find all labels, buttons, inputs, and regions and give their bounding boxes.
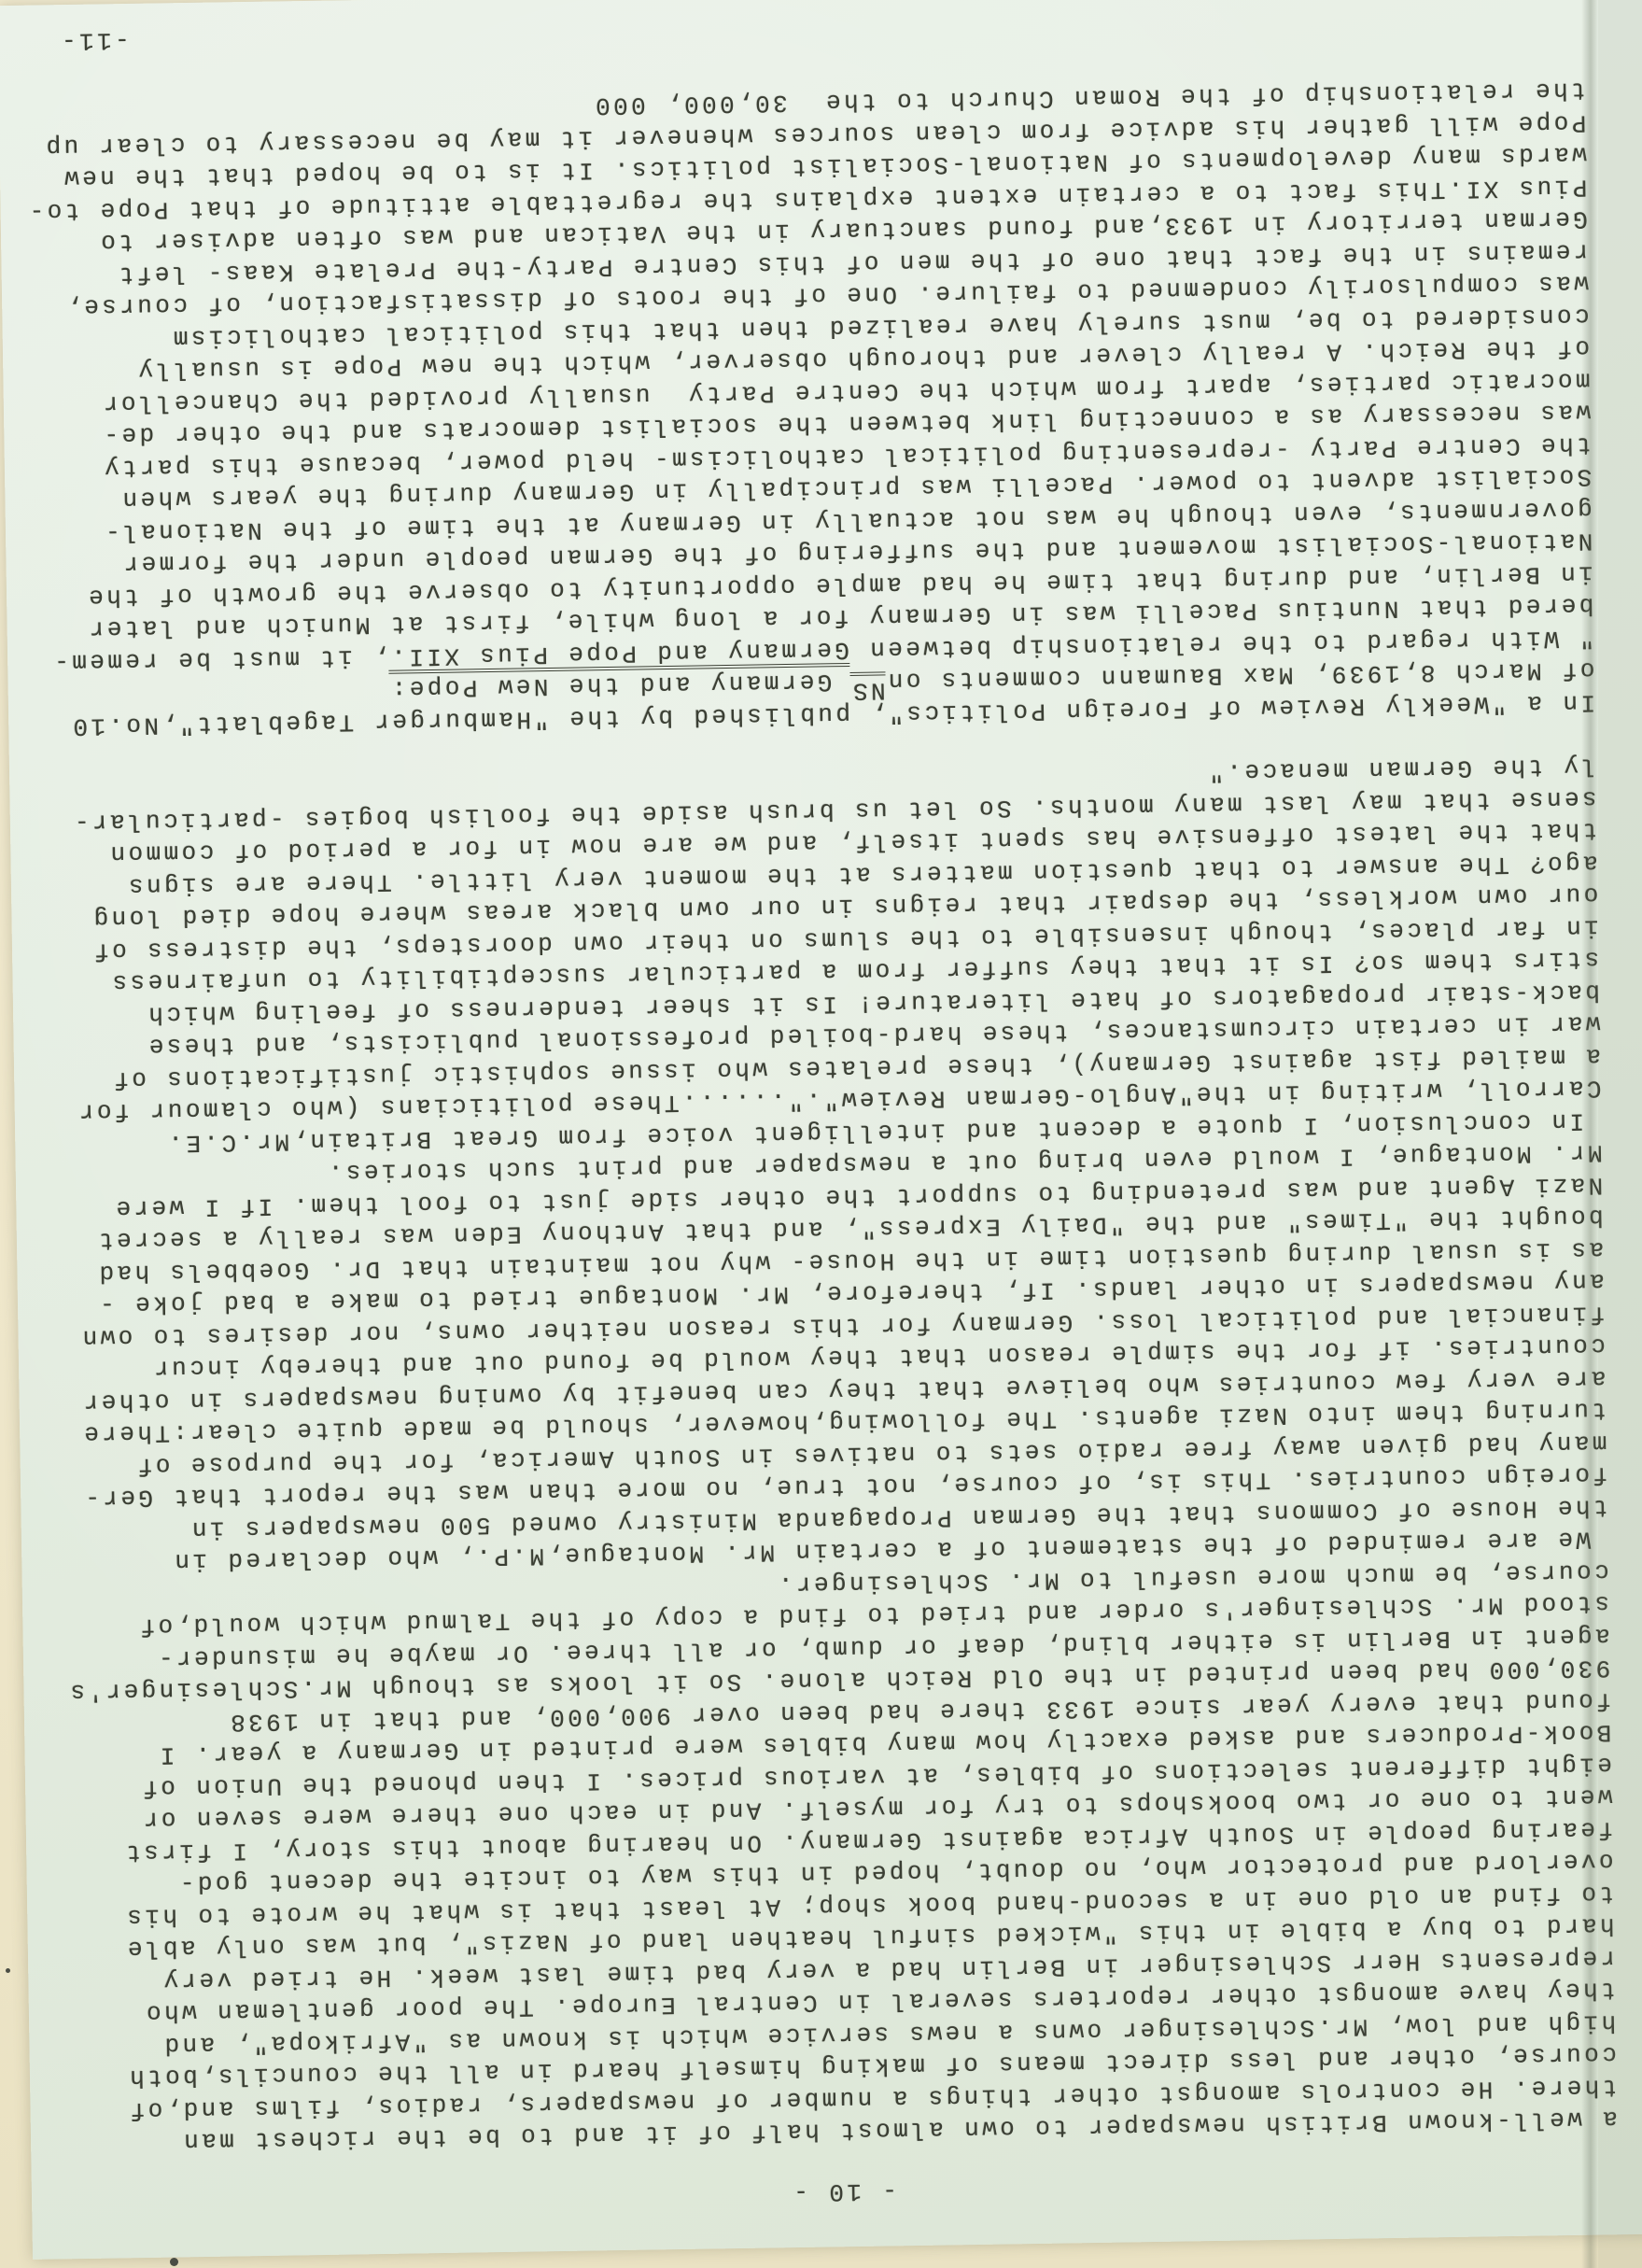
next-page-number: -11- [35, 1, 1584, 58]
upside-down-page-content: - 10 - a well-known British newspaper to… [0, 0, 1642, 2260]
scanned-document-page: - 10 - a well-known British newspaper to… [0, 0, 1642, 2268]
superscript-text: NS [849, 672, 886, 706]
text-body: a well-known British newspaper to own al… [36, 74, 1618, 2159]
page-number: - 10 - [69, 2163, 1619, 2220]
paragraph: a well-known British newspaper to own al… [60, 1556, 1619, 2160]
ink-speck [6, 1968, 10, 1973]
paper-sheet: - 10 - a well-known British newspaper to… [0, 0, 1642, 2260]
paper-edge-shading [1598, 0, 1642, 2268]
paragraph: We are reminded of the statement of a ce… [53, 1136, 1609, 1580]
ink-speck [170, 2258, 178, 2266]
fold-crease [1581, 0, 1598, 2268]
paragraph: " With regard to the relationship betwee… [36, 74, 1595, 678]
paragraph: In conclusion, I quote a decent and inte… [47, 750, 1602, 1161]
